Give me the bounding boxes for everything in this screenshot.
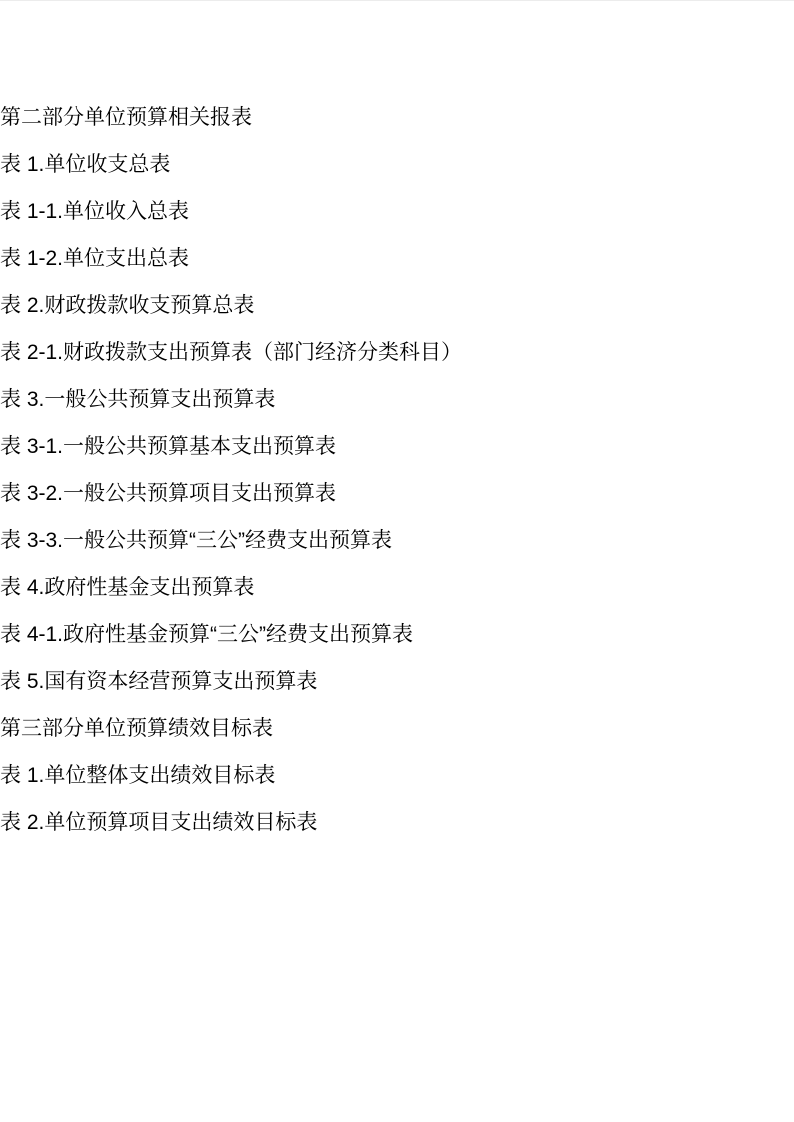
toc-item: 表 1-1.单位收入总表 [0,188,794,235]
toc-item: 表 2.单位预算项目支出绩效目标表 [0,799,794,846]
toc-item: 表 1.单位收支总表 [0,141,794,188]
toc-item: 表 2-1.财政拨款支出预算表（部门经济分类科目） [0,329,794,376]
toc-item: 表 1.单位整体支出绩效目标表 [0,752,794,799]
section-heading-part3: 第三部分单位预算绩效目标表 [0,705,794,752]
toc-item: 表 2.财政拨款收支预算总表 [0,282,794,329]
toc-item: 表 3.一般公共预算支出预算表 [0,376,794,423]
document-page: 第二部分单位预算相关报表 表 1.单位收支总表 表 1-1.单位收入总表 表 1… [0,0,794,1122]
toc-item: 表 4.政府性基金支出预算表 [0,564,794,611]
toc-content: 第二部分单位预算相关报表 表 1.单位收支总表 表 1-1.单位收入总表 表 1… [0,94,794,846]
toc-item: 表 3-2.一般公共预算项目支出预算表 [0,470,794,517]
section-heading-part2: 第二部分单位预算相关报表 [0,94,794,141]
toc-item: 表 1-2.单位支出总表 [0,235,794,282]
toc-item: 表 3-1.一般公共预算基本支出预算表 [0,423,794,470]
toc-item: 表 3-3.一般公共预算“三公”经费支出预算表 [0,517,794,564]
toc-item: 表 4-1.政府性基金预算“三公”经费支出预算表 [0,611,794,658]
toc-item: 表 5.国有资本经营预算支出预算表 [0,658,794,705]
